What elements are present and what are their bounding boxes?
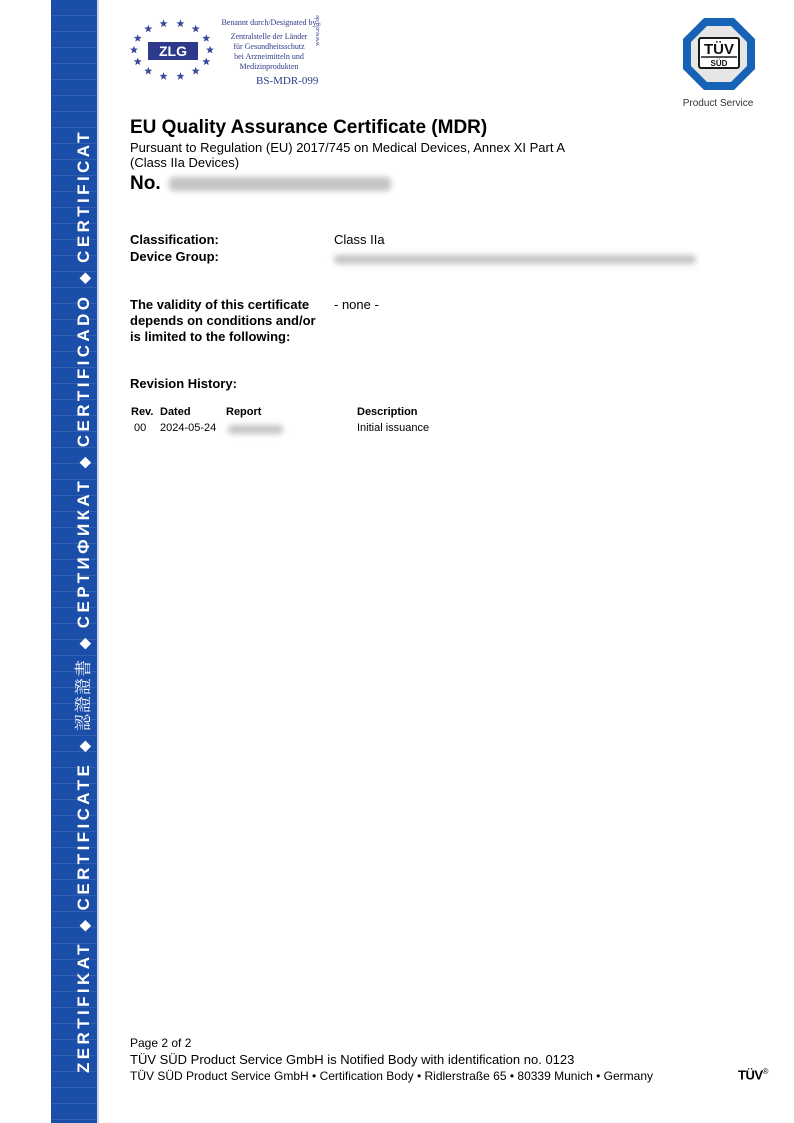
diamond-icon: ◆ <box>74 457 94 468</box>
certificate-title: EU Quality Assurance Certificate (MDR) <box>130 117 487 139</box>
validity-label-line: is limited to the following: <box>130 329 316 345</box>
zlg-code: BS-MDR-099 <box>256 75 318 87</box>
certificate-number-label: No. <box>130 173 161 195</box>
diamond-icon: ◆ <box>74 638 94 649</box>
tuv-footer-text: TÜV <box>738 1067 763 1082</box>
zlg-authority-line: bei Arzneimitteln und <box>214 52 324 62</box>
band-word-certificate: CERTIFICATE <box>74 762 94 911</box>
tuv-footer-mark: TÜV® <box>738 1067 768 1082</box>
tuv-logo-bottom: SÜD <box>711 59 728 68</box>
tuv-sud-octagon-logo-icon: TÜV SÜD <box>683 18 755 90</box>
diamond-icon: ◆ <box>74 273 94 284</box>
certificate-sidebar-band: ZERTIFIKAT ◆ CERTIFICATE ◆ 認證證書 ◆ СЕРТИФ… <box>51 0 97 1123</box>
band-word-certificat: CERTIFICAT <box>74 129 94 263</box>
description-cell: Initial issuance <box>357 422 429 434</box>
page-number: Page 2 of 2 <box>130 1036 191 1050</box>
band-edge <box>97 0 99 1123</box>
rev-cell: 00 <box>134 422 146 434</box>
zlg-authority-line: Medizinprodukten <box>214 62 324 72</box>
band-word-certificado: CERTIFICADO <box>74 294 94 448</box>
certificate-number: No. <box>130 173 391 195</box>
tuv-logo-top: TÜV <box>704 41 734 58</box>
band-vertical-text: ZERTIFIKAT ◆ CERTIFICATE ◆ 認證證書 ◆ СЕРТИФ… <box>74 129 94 1073</box>
device-group-label: Device Group: <box>130 249 219 265</box>
diamond-icon: ◆ <box>74 741 94 752</box>
validity-label-line: depends on conditions and/or <box>130 313 316 329</box>
subtitle-line: (Class IIa Devices) <box>130 155 565 170</box>
classification-label: Classification: <box>130 232 219 248</box>
dated-cell: 2024-05-24 <box>160 422 216 434</box>
classification-value: Class IIa <box>334 232 385 248</box>
eu-stars-zlg-emblem-icon: ZLG <box>128 18 216 82</box>
zlg-authority-line: Zentralstelle der Länder <box>214 32 324 42</box>
column-header-rev: Rev. <box>131 406 153 418</box>
revision-history-heading: Revision History: <box>130 376 237 392</box>
zlg-logo: ZLG Benannt durch/Designated by Zentrals… <box>128 18 328 90</box>
validity-label-line: The validity of this certificate <box>130 297 316 313</box>
band-word-chinese: 認證證書 <box>74 659 94 731</box>
zlg-authority-line: für Gesundheitsschutz <box>214 42 324 52</box>
device-group-value-redacted <box>334 252 696 268</box>
certificate-subtitle: Pursuant to Regulation (EU) 2017/745 on … <box>130 140 565 170</box>
column-header-report: Report <box>226 406 261 418</box>
certificate-number-redacted <box>169 177 391 191</box>
notified-body-statement: TÜV SÜD Product Service GmbH is Notified… <box>130 1052 574 1067</box>
band-word-zertifikat: ZERTIFIKAT <box>74 941 94 1073</box>
column-header-dated: Dated <box>160 406 191 418</box>
registered-icon: ® <box>763 1067 768 1076</box>
validity-value: - none - <box>334 297 379 313</box>
band-word-russian: СЕРТИФИКАТ <box>74 478 94 628</box>
zlg-mark: ZLG <box>159 43 187 59</box>
tuv-logo-caption: Product Service <box>672 98 764 109</box>
zlg-designation: Benannt durch/Designated by Zentralstell… <box>214 18 324 72</box>
report-cell-redacted <box>228 425 283 437</box>
diamond-icon: ◆ <box>74 920 94 931</box>
column-header-description: Description <box>357 406 418 418</box>
validity-label: The validity of this certificate depends… <box>130 297 316 345</box>
subtitle-line: Pursuant to Regulation (EU) 2017/745 on … <box>130 140 565 155</box>
zlg-designated-by: Benannt durch/Designated by <box>214 18 324 28</box>
company-address: TÜV SÜD Product Service GmbH • Certifica… <box>130 1069 653 1083</box>
zlg-url: www.zlg.de <box>314 15 321 46</box>
